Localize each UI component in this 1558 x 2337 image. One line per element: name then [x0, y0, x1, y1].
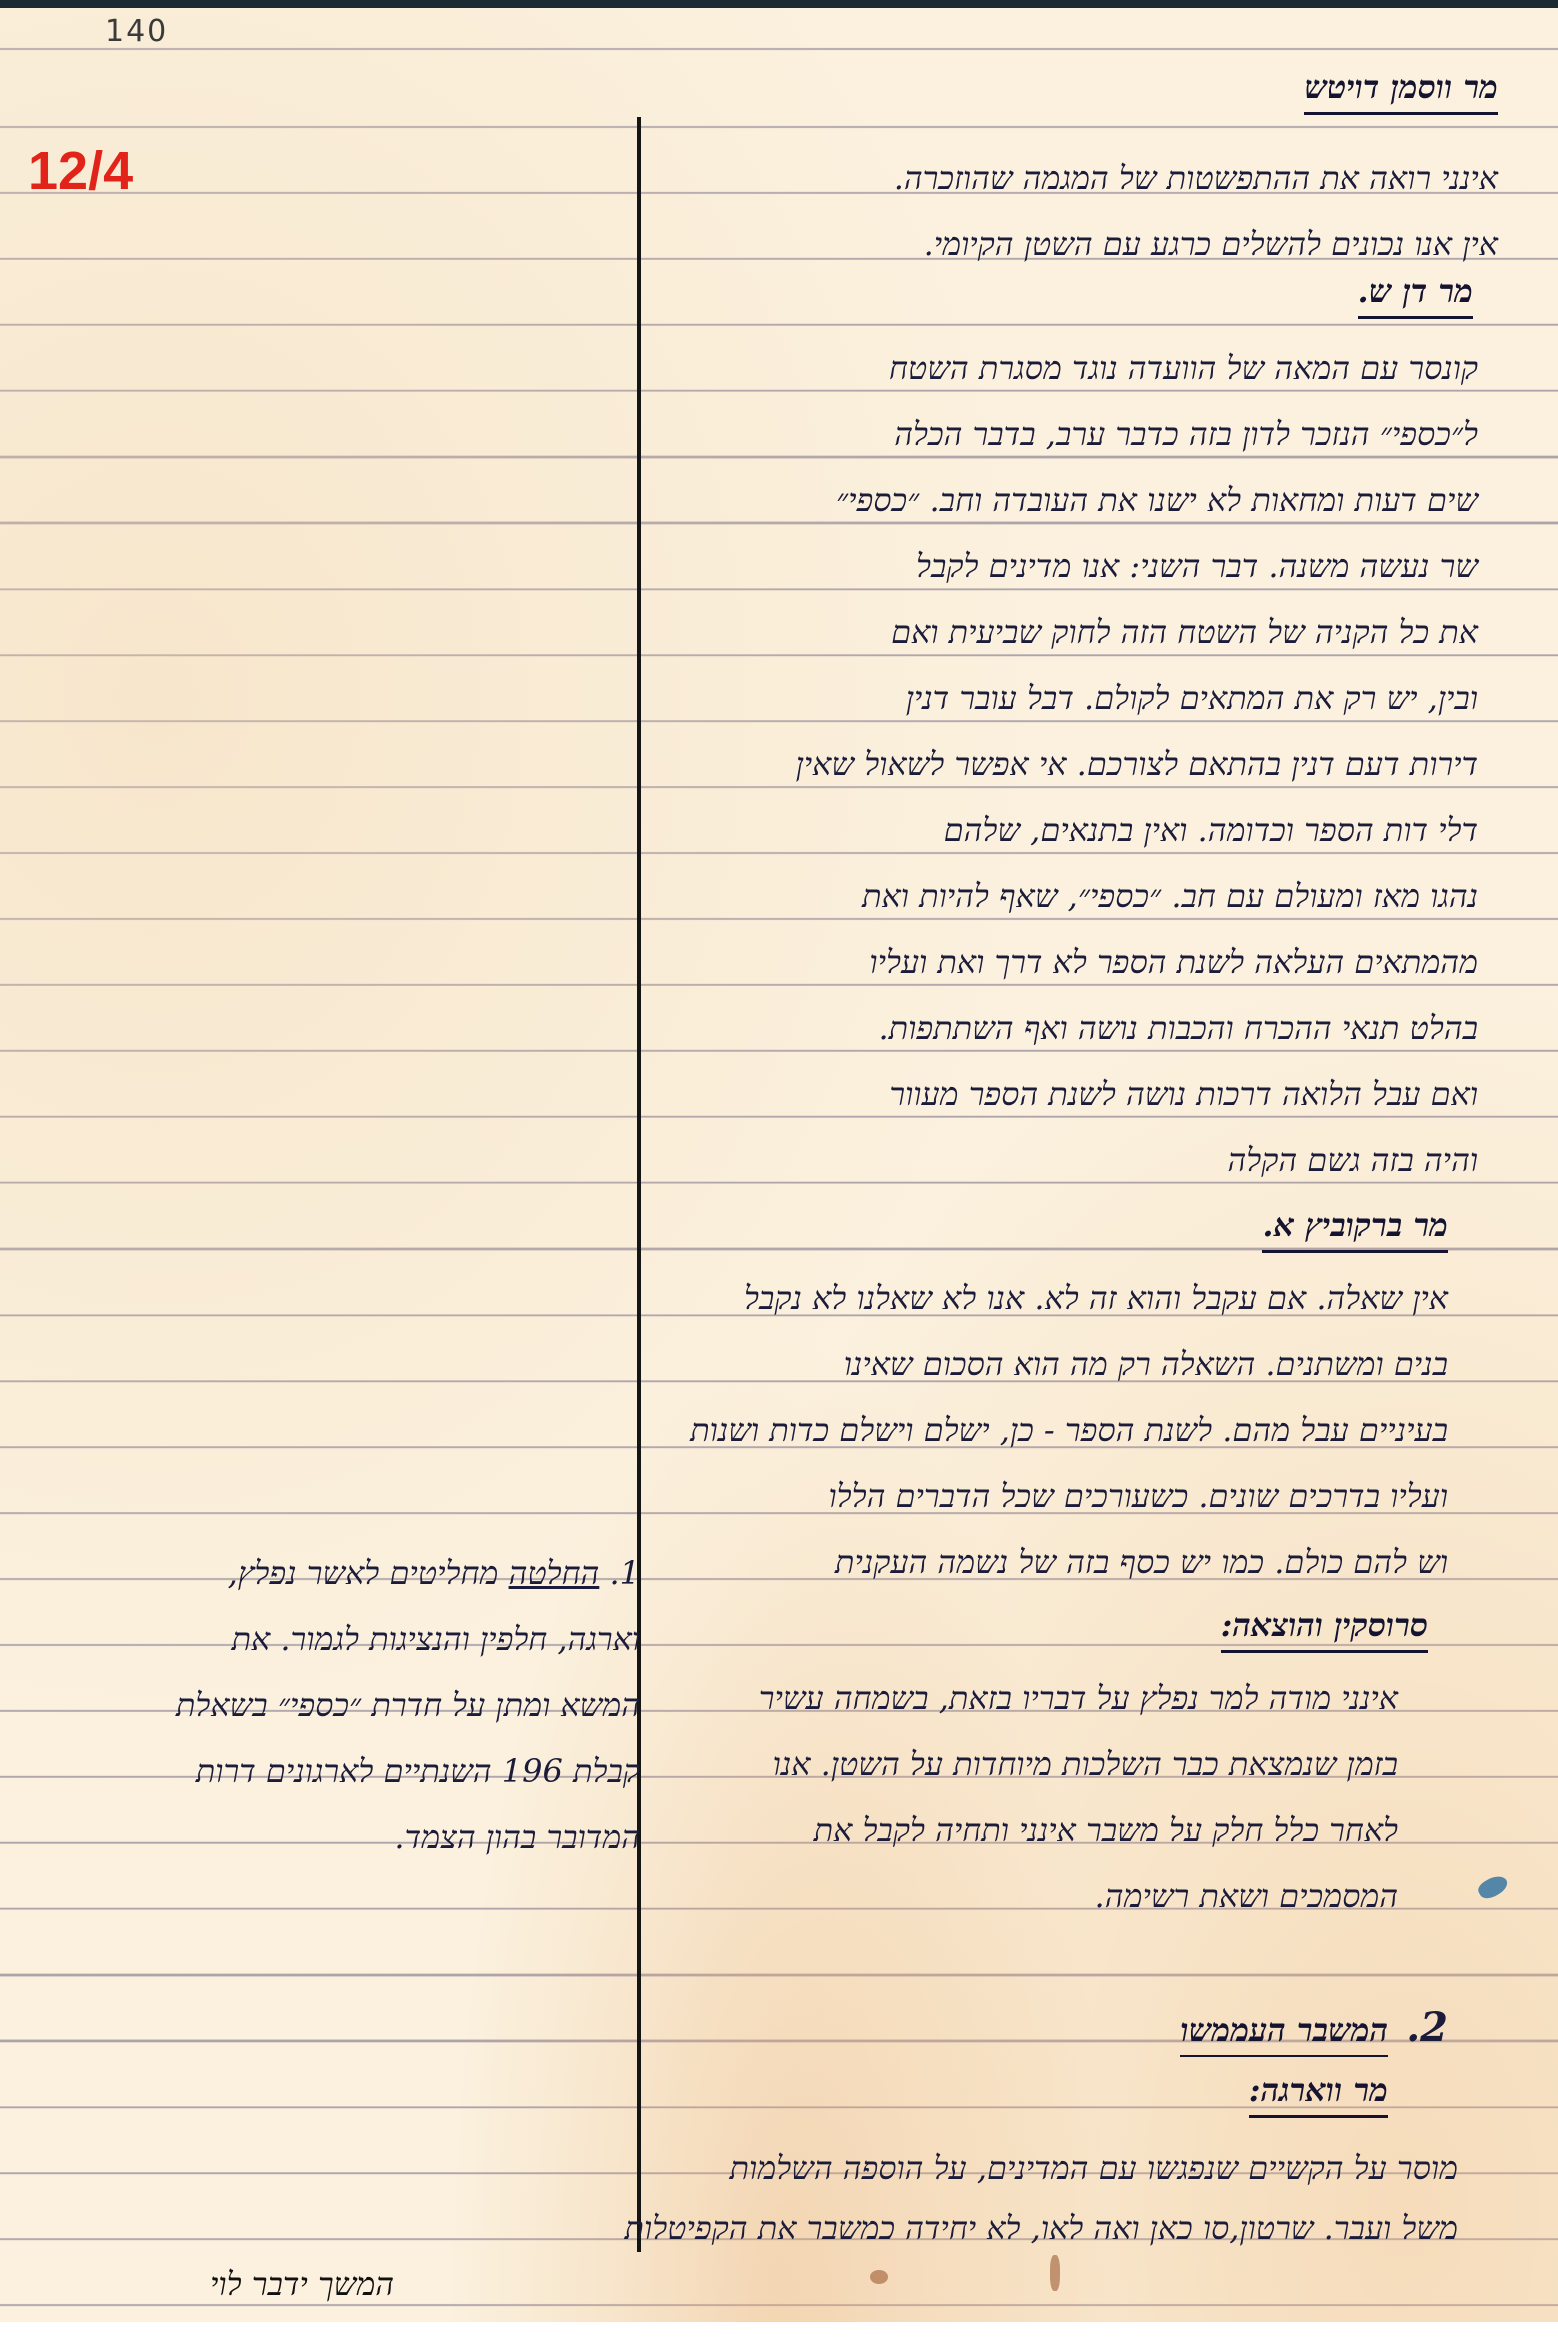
text-line: משל ועבר. שרטון,סו כאן ואה לאו, לא יחידה…	[608, 2195, 1458, 2255]
signature: המשך ידבר לוי	[210, 2265, 394, 2303]
speaker-heading: מר ברקוביץ א.	[1262, 1200, 1448, 1253]
text-line: דירות דעם דנין בהתאם לצורכם. אי אפשר לשא…	[638, 731, 1478, 797]
text-line: קבלת 196 השנתיים לארגונים דרות	[70, 1738, 640, 1804]
paragraph: מוסר על הקשיים שנפגשו עם המדינים, על הוס…	[608, 2135, 1458, 2255]
text-line: בהלט תנאי ההכרח והכבות נושה ואף השתתפות.	[638, 995, 1478, 1061]
text-line: מוסר על הקשיים שנפגשו עם המדינים, על הוס…	[608, 2135, 1458, 2195]
text-line: ועליו בדרכים שונים. כשעורכים שכל הדברים …	[568, 1463, 1448, 1529]
decision-text: מחליטים לאשר נפלץ,	[228, 1554, 499, 1592]
text-line: בנים ומשתנים. השאלה רק מה הוא הסכום שאינ…	[568, 1331, 1448, 1397]
decision-heading-line: 1. החלטה מחליטים לאשר נפלץ,	[70, 1540, 640, 1606]
paragraph: אינני רואה את ההתפשטות של המגמה שהוזכרה.…	[658, 145, 1498, 277]
text-line: המשא ומתן על חדרת ״כספי״ בשאלת	[70, 1672, 640, 1738]
speaker-heading: מר ווסמן דויטש	[1304, 62, 1498, 115]
paragraph: קונסר עם המאה של הוועדה נוגד מסגרת השטח …	[638, 335, 1478, 1193]
date-stamp: 12/4	[28, 140, 133, 202]
section-number: 2.	[1406, 1995, 1448, 2061]
text-line: את כל הקניה של השטח הזה לחוק שביעית ואם	[638, 599, 1478, 665]
speaker-heading: סרוסקין והוצאה:	[1221, 1600, 1428, 1653]
text-line: וש להם כולם. כמו יש כסף בזה של נשמה העקנ…	[568, 1529, 1448, 1595]
document-page: 140 12/4 מר ווסמן דויטש אינני רואה את הה…	[0, 0, 1558, 2322]
text-line: נהגו מאז ומעולם עם חב. ״כספי״, שאף להיות…	[638, 863, 1478, 929]
paper-stain	[870, 2270, 888, 2284]
folio-number: 140	[105, 14, 168, 49]
paragraph: אין שאלה. אם עקבל והוא זה לא. אנו לא שאל…	[568, 1265, 1448, 1595]
text-line: מהמתאים העלאה לשנת הספר לא דרך ואת ועליו	[638, 929, 1478, 995]
text-line: דלי דות הספר וכדומה. ואין בתנאים, שלהם	[638, 797, 1478, 863]
speaker-heading: מר דן ש.	[1358, 266, 1474, 319]
text-line: אינני רואה את ההתפשטות של המגמה שהוזכרה.	[658, 145, 1498, 211]
ink-blot	[1476, 1872, 1511, 1903]
text-line: בזמן שנמצאת כבר השלכות מיוחדות על השטן. …	[558, 1731, 1398, 1797]
text-line: והיה בזה גשם הקלה	[638, 1127, 1478, 1193]
text-line: שר נעשה משנה. דבר השני: אנו מדינים לקבל	[638, 533, 1478, 599]
text-line: המדובר בהון הצמד.	[70, 1804, 640, 1870]
text-line: ל״כספי״ הנזכר לדון בזה כדבר ערב, בדבר הכ…	[638, 401, 1478, 467]
paper-stain	[1050, 2255, 1060, 2291]
text-line: לאחר כלל חלק על משבר אינני ותחיה לקבל את	[558, 1797, 1398, 1863]
decision-title: החלטה	[509, 1554, 600, 1592]
text-line: וארגה, חלפין והנציגות לגמור. את	[70, 1606, 640, 1672]
scan-edge	[0, 0, 1558, 8]
text-line: ובין, יש רק את המתאים לקולם. דבל עובר דנ…	[638, 665, 1478, 731]
text-line: ואם עבל הלואה דרכות נושה לשנת הספר מעוור	[638, 1061, 1478, 1127]
text-line: המסמכים ושאת רשימה.	[558, 1863, 1398, 1929]
text-line: שים דעות ומחאות לא ישנו את העובדה וחב. ״…	[638, 467, 1478, 533]
text-line: אינני מודה למר נפלץ על דבריו בזאת, בשמחה…	[558, 1665, 1398, 1731]
decision-note: 1. החלטה מחליטים לאשר נפלץ, וארגה, חלפין…	[70, 1540, 640, 1870]
section-title: המשבר העממשו	[1180, 2005, 1388, 2057]
paragraph: אינני מודה למר נפלץ על דבריו בזאת, בשמחה…	[558, 1665, 1398, 1929]
text-line: אין שאלה. אם עקבל והוא זה לא. אנו לא שאל…	[568, 1265, 1448, 1331]
text-line: בעיניים עבל מהם. לשנת הספר - כן, ישלם וי…	[568, 1397, 1448, 1463]
text-line: קונסר עם המאה של הוועדה נוגד מסגרת השטח	[638, 335, 1478, 401]
decision-number: 1.	[609, 1554, 640, 1592]
speaker-heading: מר ווארגה:	[1249, 2065, 1388, 2118]
